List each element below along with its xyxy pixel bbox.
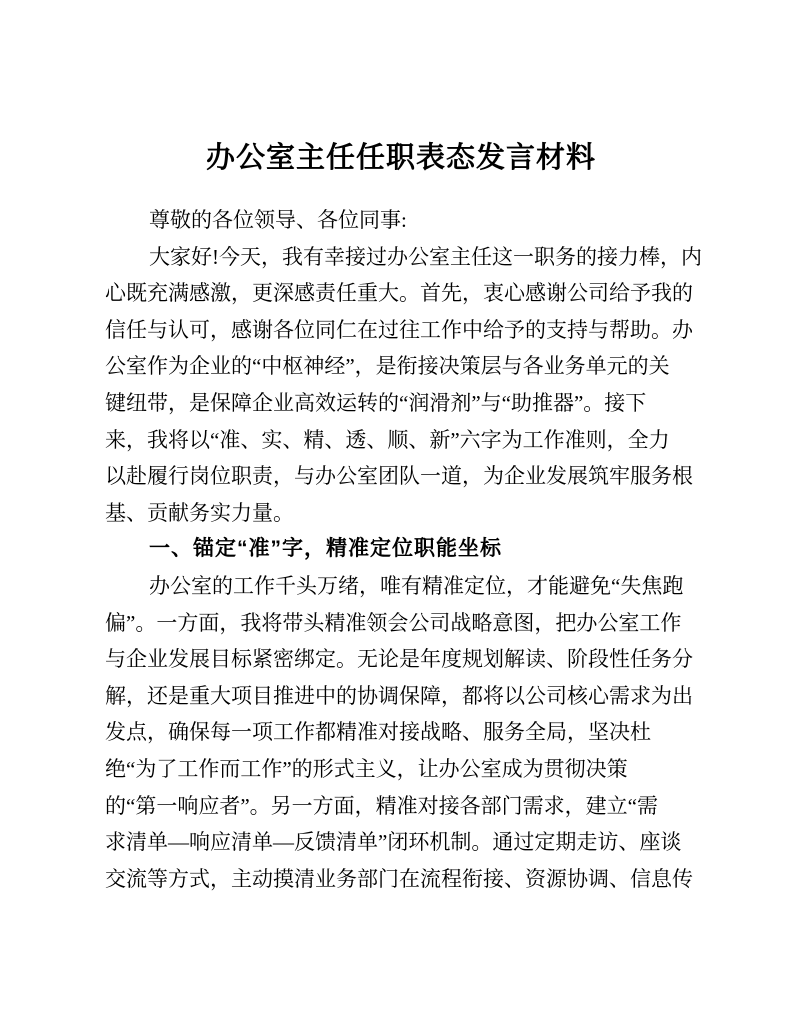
document-line: 解，还是重大项目推进中的协调保障，都将以公司核心需求为出 [105,678,697,715]
document-line: 偏”。一方面，我将带头精准领会公司战略意图，把办公室工作 [105,605,697,642]
document-line: 的“第一响应者”。另一方面，精准对接各部门需求，建立“需 [105,788,697,825]
document-line: 心既充满感激，更深感责任重大。首先，衷心感谢公司给予我的 [105,275,697,312]
document-line: 以赴履行岗位职责，与办公室团队一道，为企业发展筑牢服务根 [105,458,697,495]
salutation-line: 尊敬的各位领导、各位同事: [105,202,697,239]
document-line: 大家好!今天，我有幸接过办公室主任这一职务的接力棒，内 [105,239,697,276]
document-line: 办公室的工作千头万绪，唯有精准定位，才能避免“失焦跑 [105,568,697,605]
document-line: 基、贡献务实力量。 [105,495,697,532]
document-body: 尊敬的各位领导、各位同事: 大家好!今天，我有幸接过办公室主任这一职务的接力棒，… [105,202,697,897]
document-line: 绝“为了工作而工作”的形式主义，让办公室成为贯彻决策 [105,751,697,788]
document-title: 办公室主任任职表态发言材料 [105,141,697,175]
section-heading: 一、锚定“准”字，精准定位职能坐标 [105,531,697,568]
document-page: 办公室主任任职表态发言材料 尊敬的各位领导、各位同事: 大家好!今天，我有幸接过… [0,0,800,1035]
document-line: 公室作为企业的“中枢神经”，是衔接决策层与各业务单元的关 [105,348,697,385]
document-line: 交流等方式，主动摸清业务部门在流程衔接、资源协调、信息传 [105,861,697,898]
document-line: 键纽带，是保障企业高效运转的“润滑剂”与“助推器”。接下 [105,385,697,422]
document-line: 来，我将以“准、实、精、透、顺、新”六字为工作准则，全力 [105,422,697,459]
document-line: 发点，确保每一项工作都精准对接战略、服务全局，坚决杜 [105,714,697,751]
document-line: 求清单—响应清单—反馈清单”闭环机制。通过定期走访、座谈 [105,824,697,861]
document-line: 与企业发展目标紧密绑定。无论是年度规划解读、阶段性任务分 [105,641,697,678]
document-line: 信任与认可，感谢各位同仁在过往工作中给予的支持与帮助。办 [105,312,697,349]
